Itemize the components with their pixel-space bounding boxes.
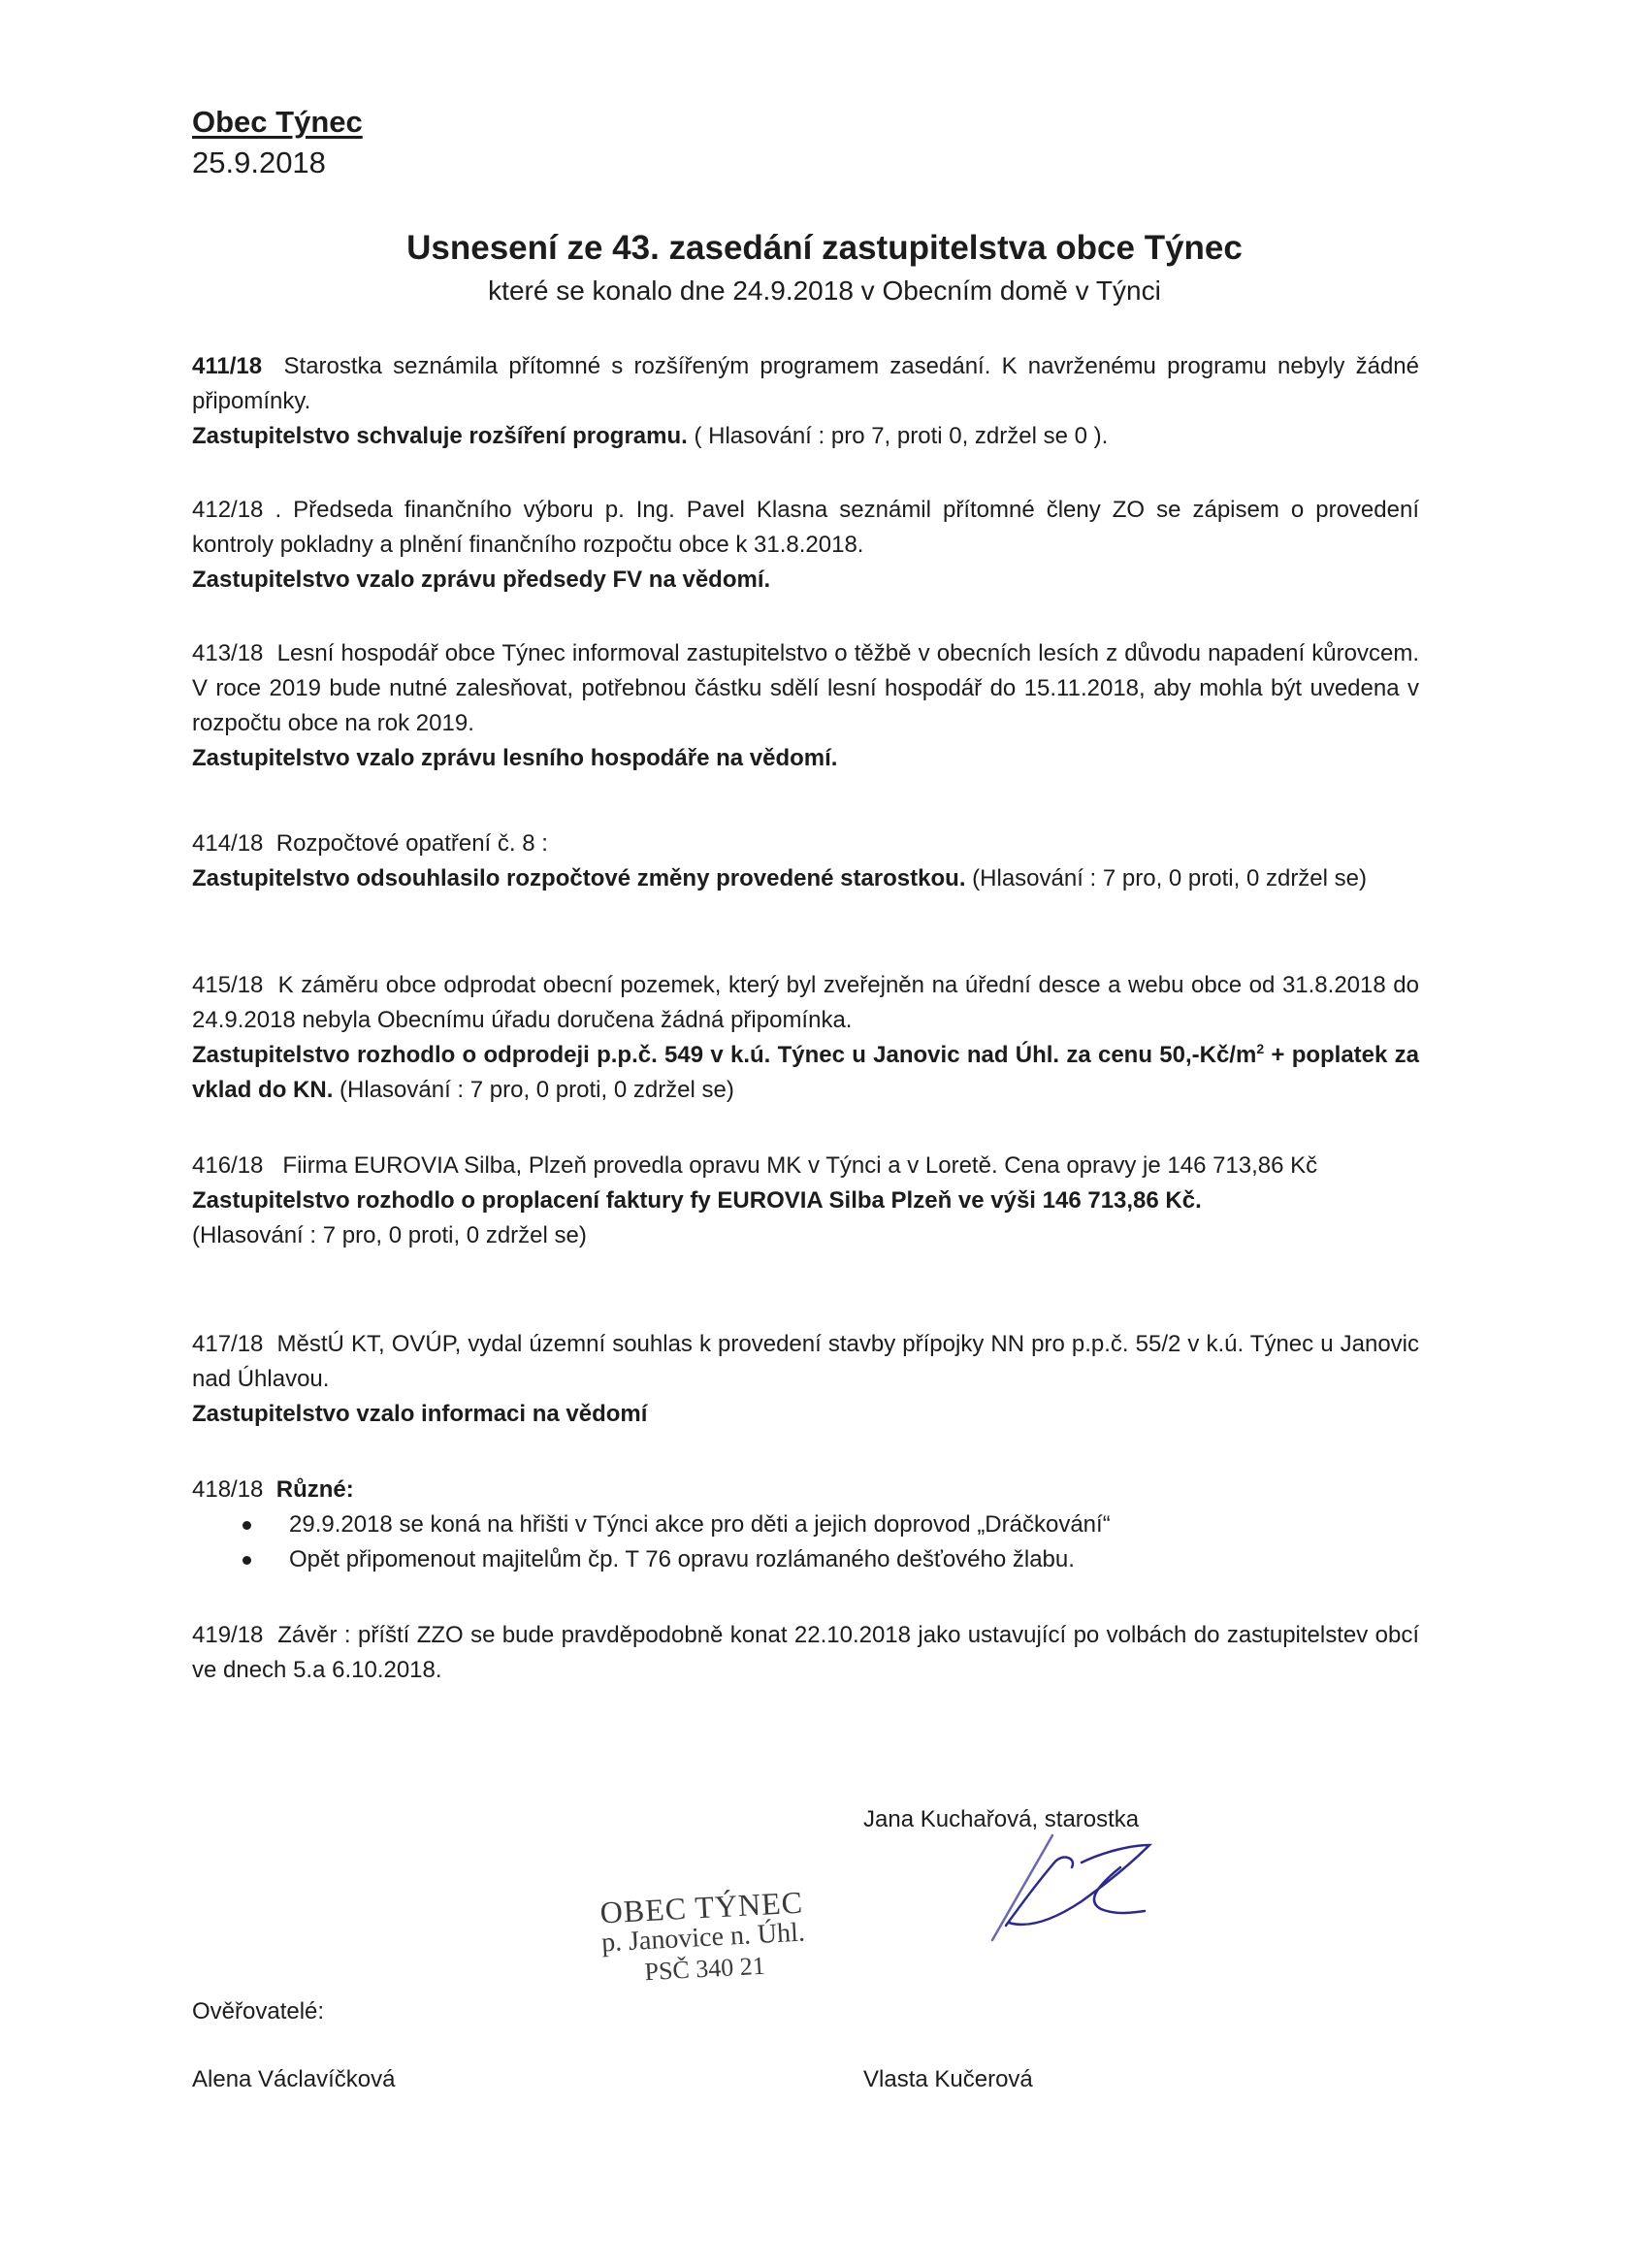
document-date: 25.9.2018 [192,146,326,180]
item-text: K záměru obce odprodat obecní pozemek, k… [192,972,1419,1033]
item-number: 411/18 [192,353,262,379]
item-text: Starostka seznámila přítomné s rozšířený… [192,353,1419,414]
resolution-item: 414/18 Rozpočtové opatření č. 8 : Zastup… [192,826,1419,896]
item-vote: (Hlasování : 7 pro, 0 proti, 0 zdržel se… [339,1077,734,1103]
item-resolution: Zastupitelstvo vzalo zprávu předsedy FV … [192,567,770,593]
resolution-item: 413/18 Lesní hospodář obce Týnec informo… [192,636,1419,776]
bullet-list: 29.9.2018 se koná na hřišti v Týnci akce… [192,1507,1419,1577]
item-number: 414/18 [192,830,263,857]
item-resolution: Zastupitelstvo schvaluje rozšíření progr… [192,423,688,449]
verifier-name: Alena Václavíčková [192,2066,395,2093]
item-vote: (Hlasování : 7 pro, 0 proti, 0 zdržel se… [192,1222,587,1248]
resolution-item: 419/18 Závěr : příští ZZO se bude pravdě… [192,1618,1419,1688]
item-resolution: Zastupitelstvo vzalo zprávu lesního hosp… [192,745,837,771]
item-resolution: Zastupitelstvo rozhodlo o proplacení fak… [192,1187,1202,1214]
item-number: 415/18 [192,972,263,998]
resolution-item: 417/18 MěstÚ KT, OVÚP, vydal územní souh… [192,1327,1419,1432]
resolution-item: 416/18 Fiirma EUROVIA Silba, Plzeň prove… [192,1149,1419,1253]
item-number: 413/18 [192,640,263,666]
bullet-item: Opět připomenout majitelům čp. T 76 opra… [289,1542,1419,1577]
item-text: Lesní hospodář obce Týnec informoval zas… [192,640,1419,736]
resolution-item: 415/18 K záměru obce odprodat obecní poz… [192,968,1419,1108]
item-text: Závěr : příští ZZO se bude pravděpodobně… [192,1622,1419,1683]
verifiers-label: Ověřovatelé: [192,1998,324,2025]
item-number: 412/18 [192,497,263,523]
item-text: . Předseda finančního výboru p. Ing. Pav… [192,497,1419,558]
item-number: 416/18 [192,1152,263,1179]
document-subtitle: které se konalo dne 24.9.2018 v Obecním … [0,275,1649,307]
verifier-name: Vlasta Kučerová [863,2066,1033,2093]
item-vote: ( Hlasování : pro 7, proti 0, zdržel se … [694,423,1108,449]
resolution-item: 411/18 Starostka seznámila přítomné s ro… [192,349,1419,454]
item-resolution: Zastupitelstvo odsouhlasilo rozpočtové z… [192,865,965,891]
item-text: Rozpočtové opatření č. 8 : [276,830,548,857]
document-title: Usnesení ze 43. zasedání zastupitelstva … [0,229,1649,268]
item-number: 419/18 [192,1622,263,1648]
resolution-item: 412/18 . Předseda finančního výboru p. I… [192,493,1419,598]
item-resolution: Zastupitelstvo vzalo informaci na vědomí [192,1401,647,1427]
item-text: Fiirma EUROVIA Silba, Plzeň provedla opr… [282,1152,1317,1179]
item-number: 418/18 [192,1476,263,1503]
municipal-stamp: OBEC TÝNEC p. Janovice n. Úhl. PSČ 340 2… [599,1887,808,1991]
item-text: MěstÚ KT, OVÚP, vydal územní souhlas k p… [192,1331,1419,1392]
handwritten-signature [985,1824,1169,1950]
item-vote: (Hlasování : 7 pro, 0 proti, 0 zdržel se… [972,865,1367,891]
resolution-item: 418/18 Různé: 29.9.2018 se koná na hřišt… [192,1473,1419,1577]
municipality-name: Obec Týnec [192,105,363,140]
bullet-item: 29.9.2018 se koná na hřišti v Týnci akce… [289,1507,1419,1542]
item-heading: Různé: [276,1476,354,1503]
document-page: Obec Týnec 25.9.2018 Usnesení ze 43. zas… [0,0,1649,2268]
item-number: 417/18 [192,1331,263,1357]
